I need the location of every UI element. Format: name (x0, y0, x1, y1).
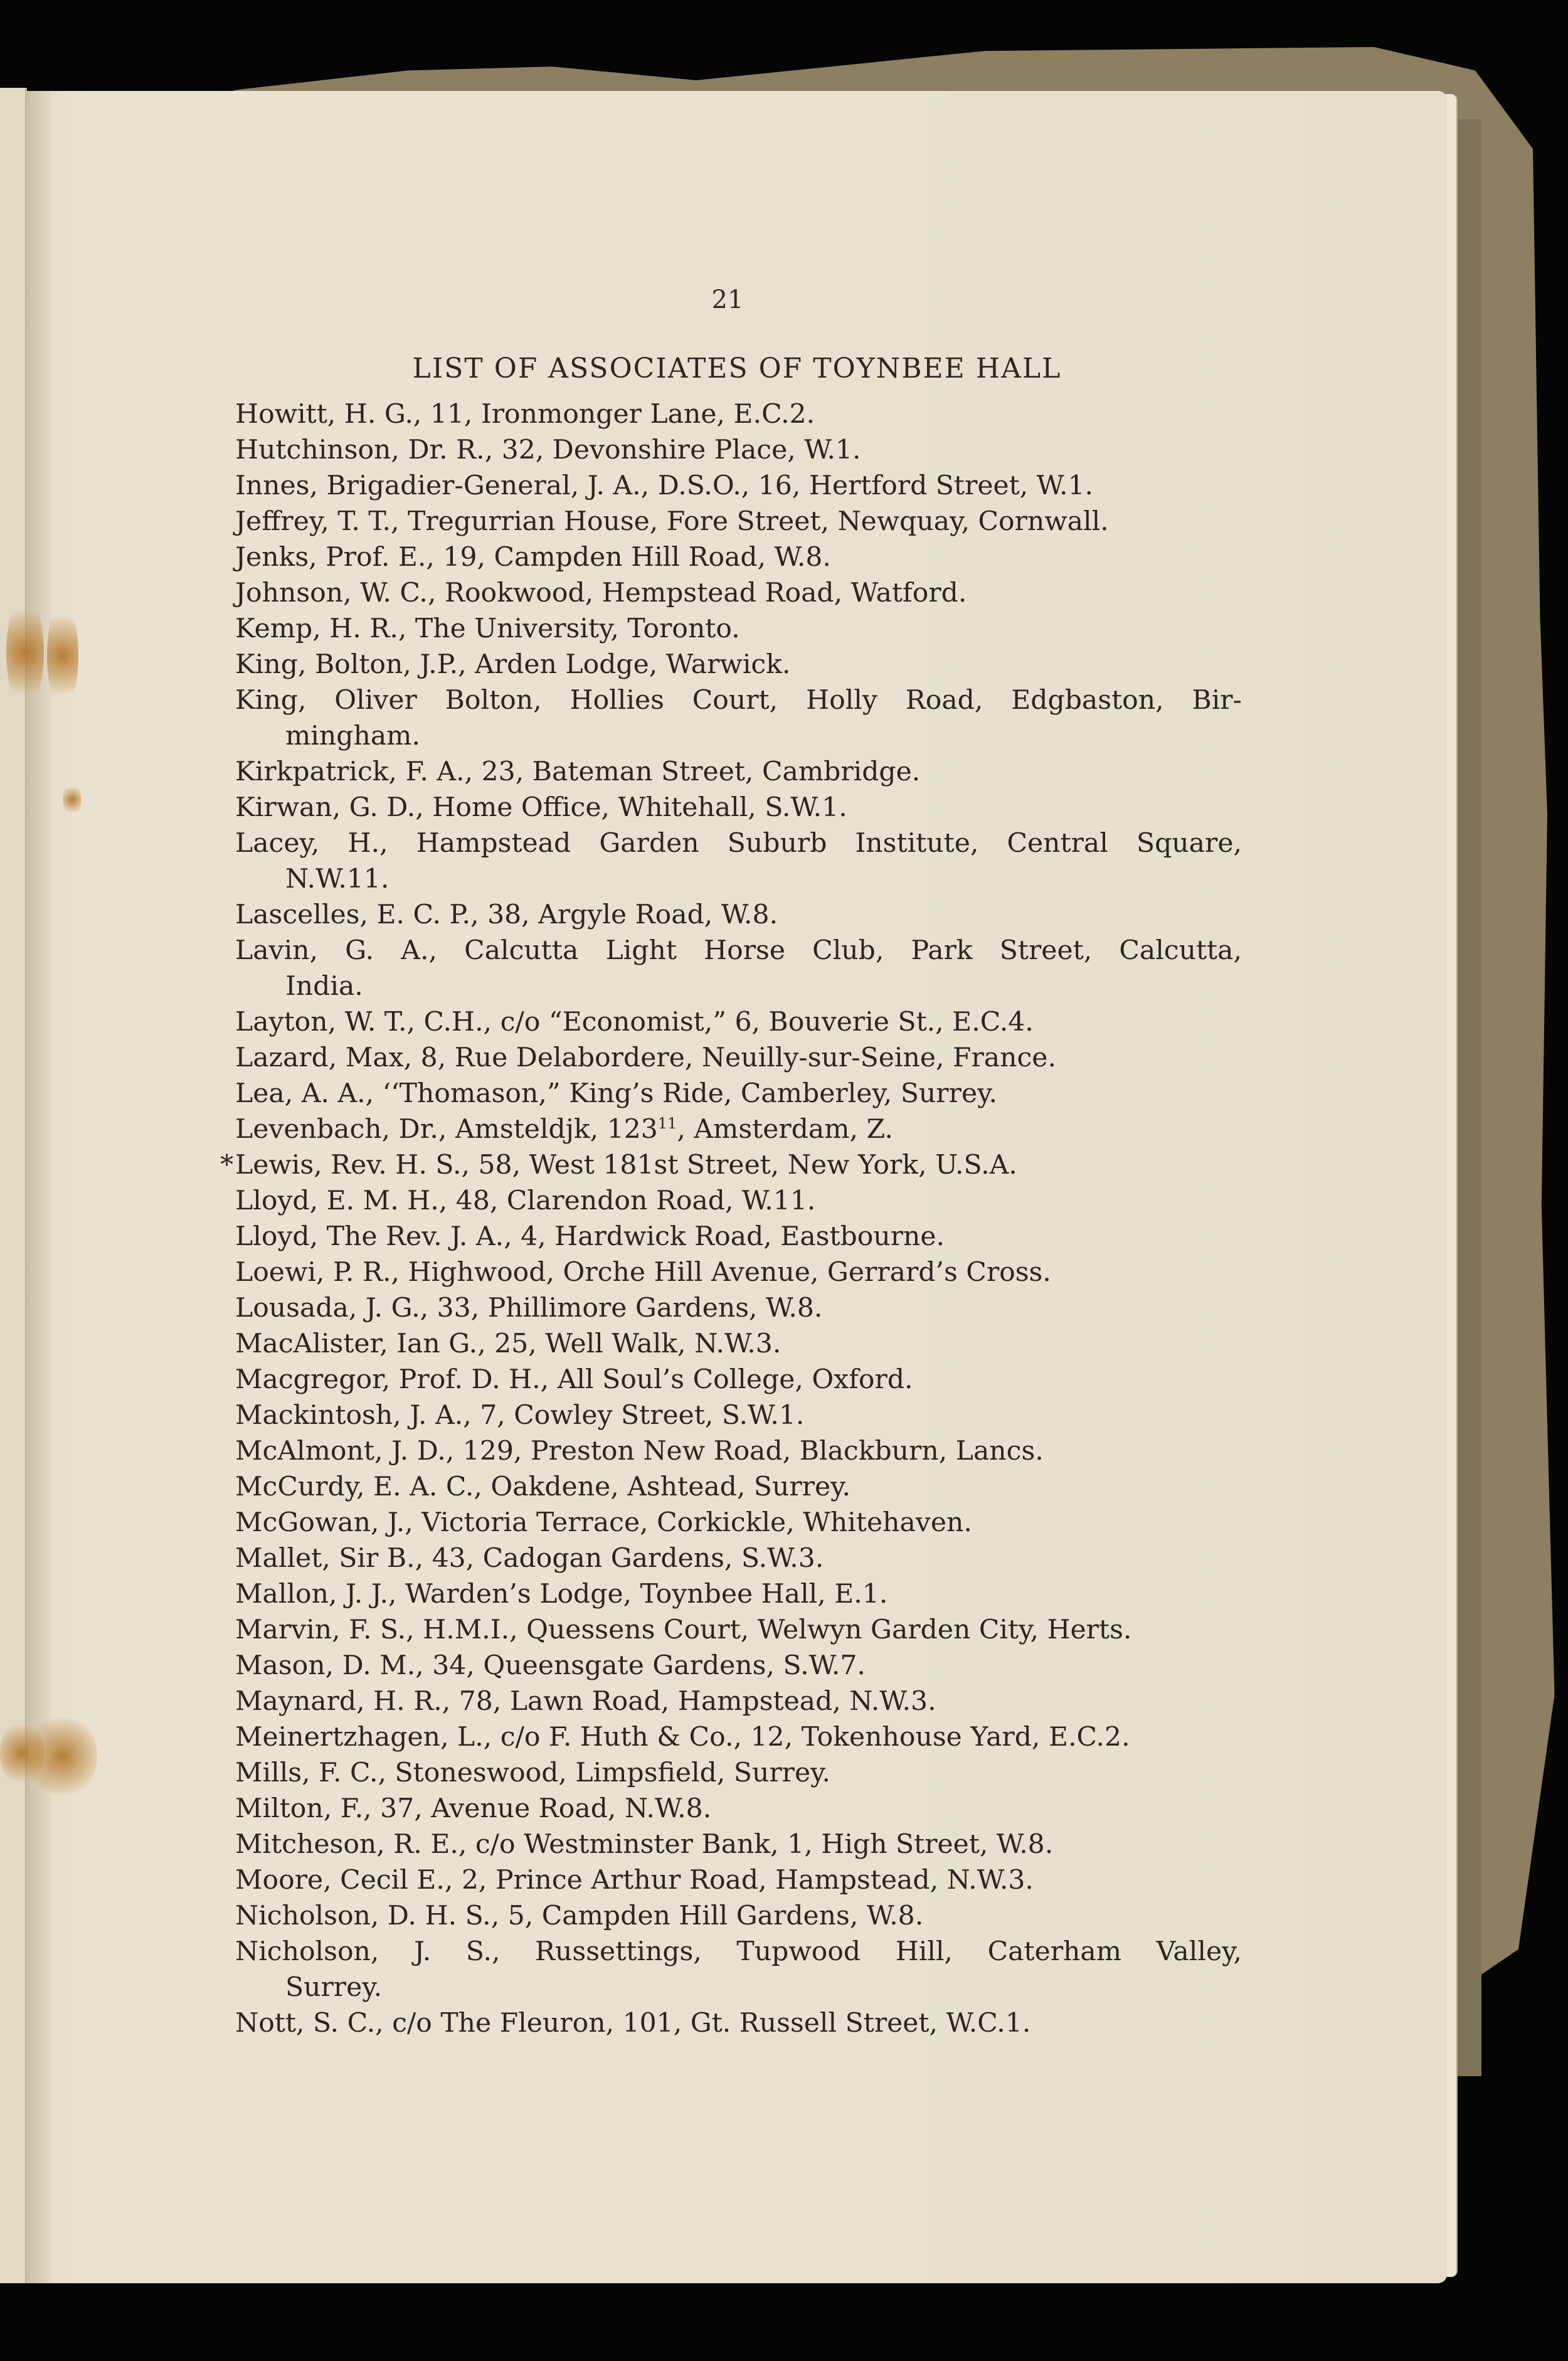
entry-text: Lewis, Rev. H. S., 58, West 181st Street… (235, 1150, 1017, 1180)
page-gutter (26, 91, 51, 2283)
list-item: Mallon, J. J., Warden’s Lodge, Toynbee H… (235, 1576, 1242, 1612)
entry-text: McCurdy, E. A. C., Oakdene, Ashtead, Sur… (235, 1472, 850, 1502)
entry-text: Lloyd, E. M. H., 48, Clarendon Road, W.1… (235, 1186, 815, 1216)
list-item: Nicholson, J. S., Russettings, Tupwood H… (235, 1934, 1242, 1970)
list-item: Lavin, G. A., Calcutta Light Horse Club,… (235, 933, 1242, 968)
entry-text: Loewi, P. R., Highwood, Orche Hill Avenu… (235, 1257, 1051, 1288)
list-item: Nott, S. C., c/o The Fleuron, 101, Gt. R… (235, 2005, 1242, 2041)
rust-stain-top-2 (47, 602, 78, 709)
list-item: Lascelles, E. C. P., 38, Argyle Road, W.… (235, 897, 1242, 933)
list-item: Jeffrey, T. T., Tregurrian House, Fore S… (235, 504, 1242, 539)
entry-text: Mitcheson, R. E., c/o Westminster Bank, … (235, 1829, 1053, 1860)
entry-text: Lloyd, The Rev. J. A., 4, Hardwick Road,… (235, 1221, 945, 1252)
entry-text: Mallet, Sir B., 43, Cadogan Gardens, S.W… (235, 1543, 824, 1574)
entry-text: Levenbach, Dr., Amsteldjk, 12311, Amster… (235, 1114, 893, 1145)
list-item: Lazard, Max, 8, Rue Delabordere, Neuilly… (235, 1040, 1242, 1076)
list-item-continuation: Surrey. (235, 1970, 1242, 2005)
entry-text: Jenks, Prof. E., 19, Campden Hill Road, … (235, 542, 831, 573)
list-item: Lloyd, E. M. H., 48, Clarendon Road, W.1… (235, 1183, 1242, 1219)
list-item: *Lewis, Rev. H. S., 58, West 181st Stree… (235, 1147, 1242, 1183)
list-item: Lacey, H., Hampstead Garden Suburb Insti… (235, 825, 1242, 861)
rust-stain-small (63, 784, 82, 815)
asterisk-marker: * (220, 1147, 233, 1183)
entry-text: Layton, W. T., C.H., c/o “Economist,” 6,… (235, 1007, 1034, 1037)
entry-text: Lea, A. A., ‘‘Thomason,” King’s Ride, Ca… (235, 1078, 997, 1109)
list-item: Innes, Brigadier-General, J. A., D.S.O.,… (235, 468, 1242, 504)
list-item: Macgregor, Prof. D. H., All Soul’s Colle… (235, 1362, 1242, 1398)
page-title: LIST OF ASSOCIATES OF TOYNBEE HALL (235, 353, 1239, 385)
list-item: Kirkpatrick, F. A., 23, Bateman Street, … (235, 754, 1242, 790)
list-item: Kemp, H. R., The University, Toronto. (235, 611, 1242, 647)
entry-text: MacAlister, Ian G., 25, Well Walk, N.W.3… (235, 1329, 781, 1359)
entry-text: Lavin, G. A., Calcutta Light Horse Club,… (235, 935, 1242, 966)
associates-list: Howitt, H. G., 11, Ironmonger Lane, E.C.… (235, 396, 1242, 2041)
entry-text: Lazard, Max, 8, Rue Delabordere, Neuilly… (235, 1043, 1056, 1073)
list-item: Jenks, Prof. E., 19, Campden Hill Road, … (235, 539, 1242, 575)
entry-text: Marvin, F. S., H.M.I., Quessens Court, W… (235, 1615, 1131, 1645)
list-item: Mackintosh, J. A., 7, Cowley Street, S.W… (235, 1398, 1242, 1433)
entry-text: Nicholson, D. H. S., 5, Campden Hill Gar… (235, 1901, 923, 1931)
entry-text: King, Oliver Bolton, Hollies Court, Holl… (235, 685, 1242, 716)
entry-text: McAlmont, J. D., 129, Preston New Road, … (235, 1436, 1044, 1467)
entry-text: Mills, F. C., Stoneswood, Limpsfield, Su… (235, 1758, 830, 1788)
list-item: Maynard, H. R., 78, Lawn Road, Hampstead… (235, 1684, 1242, 1719)
list-item: Kirwan, G. D., Home Office, Whitehall, S… (235, 790, 1242, 825)
entry-text: Kirkpatrick, F. A., 23, Bateman Street, … (235, 756, 920, 787)
list-item: MacAlister, Ian G., 25, Well Walk, N.W.3… (235, 1326, 1242, 1362)
entry-text: Meinertzhagen, L., c/o F. Huth & Co., 12… (235, 1722, 1130, 1753)
list-item: Moore, Cecil E., 2, Prince Arthur Road, … (235, 1862, 1242, 1898)
list-item: Johnson, W. C., Rookwood, Hempstead Road… (235, 575, 1242, 611)
list-item: King, Bolton, J.P., Arden Lodge, Warwick… (235, 647, 1242, 682)
list-item: Lea, A. A., ‘‘Thomason,” King’s Ride, Ca… (235, 1076, 1242, 1112)
list-item: McCurdy, E. A. C., Oakdene, Ashtead, Sur… (235, 1469, 1242, 1505)
entry-text: Milton, F., 37, Avenue Road, N.W.8. (235, 1793, 711, 1824)
entry-text: Nott, S. C., c/o The Fleuron, 101, Gt. R… (235, 2008, 1030, 2039)
list-item: Mitcheson, R. E., c/o Westminster Bank, … (235, 1827, 1242, 1862)
entry-text: Innes, Brigadier-General, J. A., D.S.O.,… (235, 470, 1093, 501)
list-item: Layton, W. T., C.H., c/o “Economist,” 6,… (235, 1004, 1242, 1040)
list-item-continuation: mingham. (235, 718, 1242, 754)
entry-text: Lacey, H., Hampstead Garden Suburb Insti… (235, 828, 1242, 859)
entry-text: Lascelles, E. C. P., 38, Argyle Road, W.… (235, 899, 778, 930)
entry-text: Maynard, H. R., 78, Lawn Road, Hampstead… (235, 1686, 936, 1717)
list-item-continuation: N.W.11. (235, 861, 1242, 897)
entry-text: Macgregor, Prof. D. H., All Soul’s Colle… (235, 1364, 913, 1395)
entry-text: Mason, D. M., 34, Queensgate Gardens, S.… (235, 1650, 866, 1681)
list-item: Hutchinson, Dr. R., 32, Devonshire Place… (235, 432, 1242, 468)
entry-text: Moore, Cecil E., 2, Prince Arthur Road, … (235, 1865, 1034, 1896)
entry-text: McGowan, J., Victoria Terrace, Corkickle… (235, 1507, 972, 1538)
entry-text: Kirwan, G. D., Home Office, Whitehall, S… (235, 792, 847, 823)
list-item: Mallet, Sir B., 43, Cadogan Gardens, S.W… (235, 1541, 1242, 1576)
list-item: Mills, F. C., Stoneswood, Limpsfield, Su… (235, 1755, 1242, 1791)
facing-page-edge (0, 88, 27, 2283)
list-item: King, Oliver Bolton, Hollies Court, Holl… (235, 682, 1242, 718)
entry-text: Nicholson, J. S., Russettings, Tupwood H… (235, 1936, 1242, 1967)
entry-text: Kemp, H. R., The University, Toronto. (235, 613, 740, 644)
list-item: Levenbach, Dr., Amsteldjk, 12311, Amster… (235, 1112, 1242, 1147)
rust-stain-bottom-2 (28, 1712, 97, 1800)
list-item: Milton, F., 37, Avenue Road, N.W.8. (235, 1791, 1242, 1827)
entry-text: Jeffrey, T. T., Tregurrian House, Fore S… (235, 506, 1109, 537)
entry-text: Mackintosh, J. A., 7, Cowley Street, S.W… (235, 1400, 804, 1431)
entry-text: Mallon, J. J., Warden’s Lodge, Toynbee H… (235, 1579, 887, 1610)
entry-text: Johnson, W. C., Rookwood, Hempstead Road… (235, 578, 967, 608)
entry-text: King, Bolton, J.P., Arden Lodge, Warwick… (235, 649, 791, 680)
list-item: Lloyd, The Rev. J. A., 4, Hardwick Road,… (235, 1219, 1242, 1255)
superscript: 11 (658, 1115, 677, 1132)
entry-text: Lousada, J. G., 33, Phillimore Gardens, … (235, 1293, 822, 1324)
list-item: Loewi, P. R., Highwood, Orche Hill Avenu… (235, 1255, 1242, 1290)
list-item: Howitt, H. G., 11, Ironmonger Lane, E.C.… (235, 396, 1242, 432)
list-item: Lousada, J. G., 33, Phillimore Gardens, … (235, 1290, 1242, 1326)
list-item: Nicholson, D. H. S., 5, Campden Hill Gar… (235, 1898, 1242, 1934)
rust-stain-top (6, 596, 44, 709)
list-item: Marvin, F. S., H.M.I., Quessens Court, W… (235, 1612, 1242, 1648)
list-item-continuation: India. (235, 968, 1242, 1004)
entry-text: Hutchinson, Dr. R., 32, Devonshire Place… (235, 435, 861, 465)
list-item: McAlmont, J. D., 129, Preston New Road, … (235, 1433, 1242, 1469)
entry-text: Howitt, H. G., 11, Ironmonger Lane, E.C.… (235, 399, 815, 430)
page-number: 21 (702, 285, 753, 314)
list-item: McGowan, J., Victoria Terrace, Corkickle… (235, 1505, 1242, 1541)
list-item: Meinertzhagen, L., c/o F. Huth & Co., 12… (235, 1719, 1242, 1755)
list-item: Mason, D. M., 34, Queensgate Gardens, S.… (235, 1648, 1242, 1684)
